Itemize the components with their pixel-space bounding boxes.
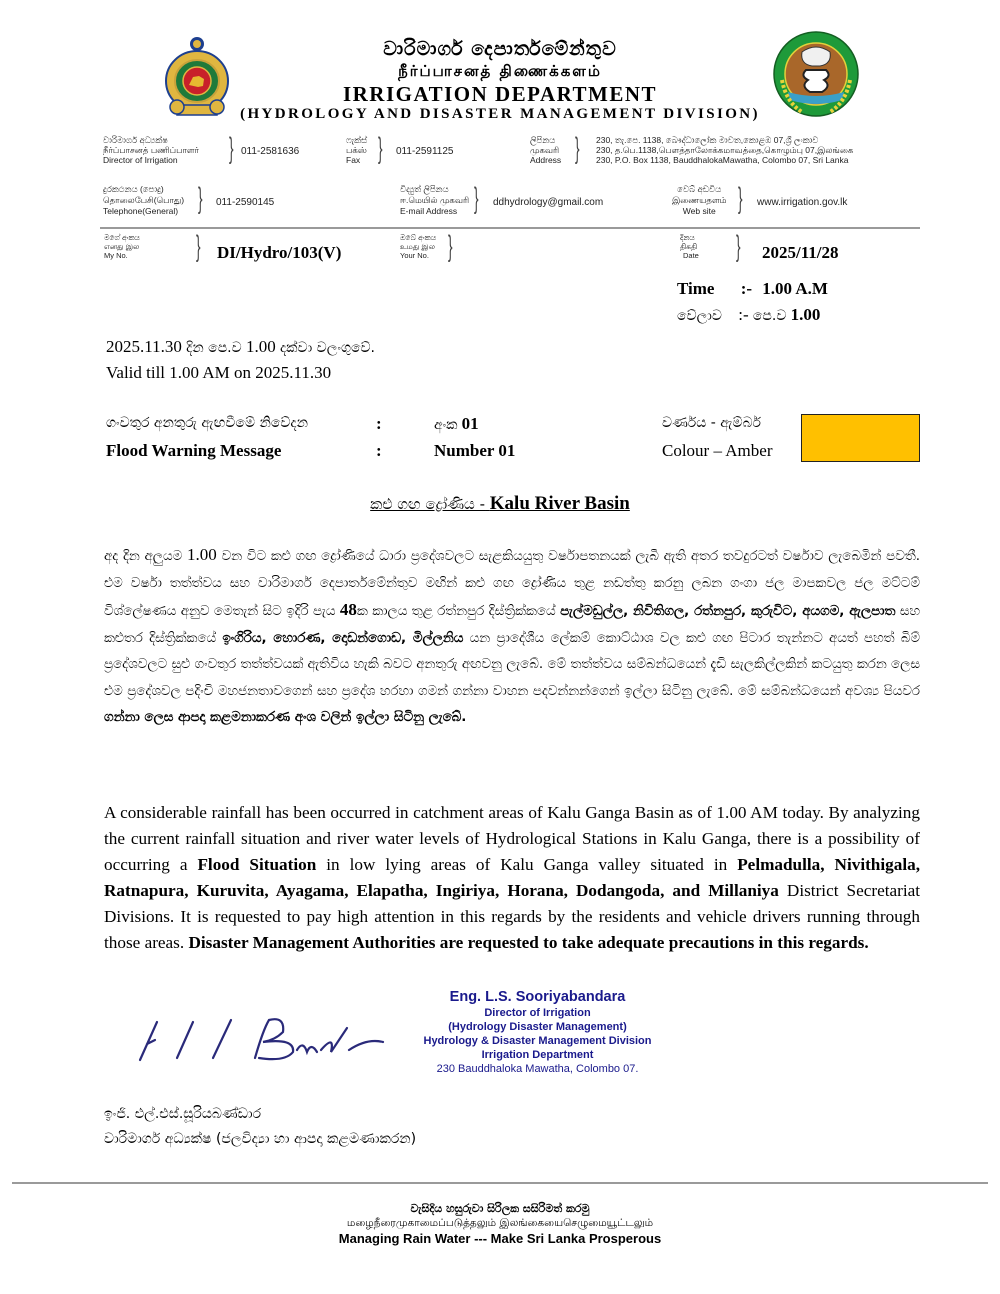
date-labels: දිනය திகதி Date xyxy=(680,233,699,260)
validity-english: Valid till 1.00 AM on 2025.11.30 xyxy=(106,363,331,383)
brace-icon: } xyxy=(736,232,741,262)
contact-address-labels: ලිපිනය முகவரி Address xyxy=(530,135,561,165)
irrigation-logo-icon xyxy=(772,30,860,118)
warning-number-english: Number 01 xyxy=(434,441,515,461)
brace-icon: } xyxy=(448,232,453,262)
handwritten-signature-icon xyxy=(135,1010,390,1065)
contact-email-labels: විද්‍යුත් ලිපිනය ஈ.மெயில் முகவரி E-mail … xyxy=(400,184,469,217)
warning-label-english: Flood Warning Message xyxy=(106,441,281,461)
director-phone: 011-2581636 xyxy=(241,146,299,157)
my-reference-number: DI/Hydro/103(V) xyxy=(217,243,341,263)
signer-block: ඉංජි. එල්.එස්.සූරියබණ්ඩාර වාරිමාර්ග අධ්‍… xyxy=(104,1102,416,1152)
warning-number-sinhala: අංක 01 xyxy=(434,414,479,434)
warning-colour-swatch xyxy=(801,414,920,462)
general-telephone: 011-2590145 xyxy=(216,197,274,208)
fax-number: 011-2591125 xyxy=(396,146,453,157)
header-division: (HYDROLOGY AND DISASTER MANAGEMENT DIVIS… xyxy=(200,106,800,123)
footer-motto-english: Managing Rain Water --- Make Sri Lanka P… xyxy=(0,1231,1000,1246)
brace-icon: } xyxy=(198,184,203,214)
contact-website-labels: වෙබ් අඩවිය இணையதளம் Web site xyxy=(672,184,726,217)
validity-sinhala: 2025.11.30 දින පෙ.ව 1.00 දක්වා වලංගුවේ. xyxy=(106,337,375,357)
colour-label-sinhala: වර්ණය - ඇම්බර් xyxy=(662,415,761,431)
footer-divider xyxy=(12,1182,988,1184)
brace-icon: } xyxy=(378,134,383,164)
header-title-tamil: நீர்ப்பாசனத் திணைக்களம் xyxy=(250,62,750,82)
header-title-english: IRRIGATION DEPARTMENT xyxy=(250,82,750,107)
warning-label-sinhala: ගංවතුර අනතුරු ඇඟවීමේ නිවේදන xyxy=(106,415,308,431)
document-date: 2025/11/28 xyxy=(762,243,839,263)
footer-motto-tamil: மழைநீரைமுகாமைப்படுத்தலும் இலங்கையைசெழுமை… xyxy=(0,1217,1000,1230)
address-value: 230, තැ.පෙ. 1138, බෞද්ධාලෝක මාවත,කොළඹ 07… xyxy=(596,135,853,165)
contact-telephone-labels: දුරකථනය (පොදු) தொலைபேசி(பொது) Telephone(… xyxy=(103,184,184,217)
your-no-labels: ඔබේ අංකය உமது இல Your No. xyxy=(400,233,436,260)
website-link[interactable]: www.irrigation.gov.lk xyxy=(757,197,847,208)
brace-icon: } xyxy=(474,184,479,214)
warning-body-sinhala: අද දින අලුයම 1.00 වන විට කළු ගඟ ද්‍රෝණිය… xyxy=(104,542,920,732)
header-title-sinhala: වාරිමාර්ග දෙපාර්තමේන්තුව xyxy=(250,38,750,60)
time-sinhala: වේලාව :- පෙ.ව 1.00 xyxy=(677,305,820,325)
brace-icon: } xyxy=(196,232,201,262)
my-no-labels: මගේ අංකය எனது இல My No. xyxy=(104,233,140,260)
time-english: Time :- 1.00 A.M xyxy=(677,279,828,299)
brace-icon: } xyxy=(575,134,580,164)
footer-motto-sinhala: වැසිදිය හසුරුවා සිරිලක සසිරිමත් කරමු xyxy=(0,1202,1000,1216)
warning-body-english: A considerable rainfall has been occurre… xyxy=(104,800,920,956)
contact-director-labels: වාරිමාර්ග අධ්‍යක්ෂ நீர்ப்பாசனத் பணிப்பாள… xyxy=(103,135,199,165)
email-link[interactable]: ddhydrology@gmail.com xyxy=(493,197,603,208)
brace-icon: } xyxy=(738,184,743,214)
official-stamp: Eng. L.S. Sooriyabandara Director of Irr… xyxy=(400,988,675,1076)
basin-title: කළු ගඟ ද්‍රෝණිය - Kalu River Basin xyxy=(0,493,1000,515)
colour-label-english: Colour – Amber xyxy=(662,441,773,461)
contact-fax-labels: ෆැක්ස් பக்ஸ் Fax xyxy=(346,135,367,165)
brace-icon: } xyxy=(229,134,234,164)
header-divider xyxy=(100,227,920,229)
